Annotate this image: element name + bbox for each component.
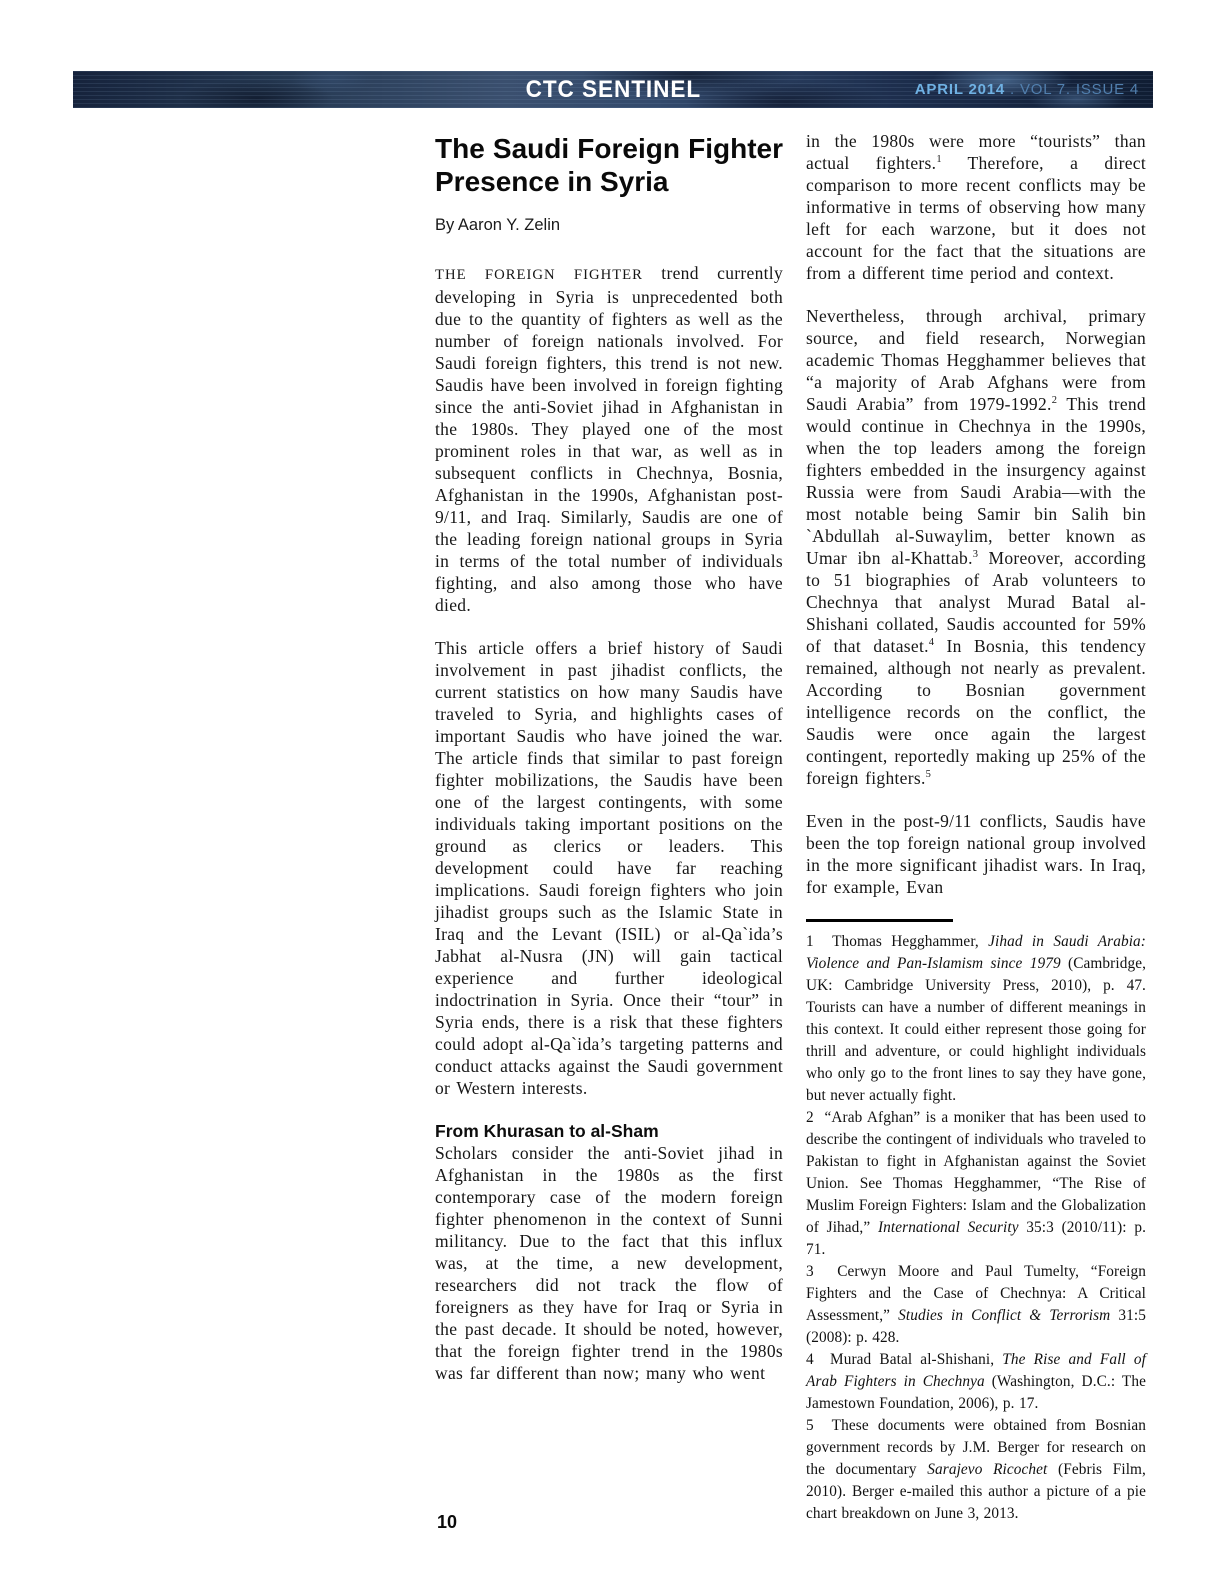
footnote: 4 Murad Batal al-Shishani, The Rise and …: [806, 1349, 1146, 1415]
footnote-divider: [806, 919, 953, 922]
lead-paragraph: THE FOREIGN FIGHTER trend currently deve…: [435, 262, 783, 616]
issue-info: APRIL 2014 . VOL 7. ISSUE 4: [915, 71, 1139, 108]
body-paragraph: Scholars consider the anti-Soviet jihad …: [435, 1142, 783, 1384]
column-right: in the 1980s were more “tourists” than a…: [806, 130, 1146, 1525]
byline: By Aaron Y. Zelin: [435, 216, 783, 235]
issue-date: APRIL 2014: [915, 81, 1005, 98]
footnote: 5 These documents were obtained from Bos…: [806, 1415, 1146, 1525]
issue-volume: . VOL 7. ISSUE 4: [1005, 81, 1139, 98]
section-heading: From Khurasan to al-Sham: [435, 1120, 783, 1142]
brand-title-text: CTC SENTINEL: [525, 76, 700, 104]
page-number: 10: [437, 1512, 457, 1533]
body-paragraph: This article offers a brief history of S…: [435, 637, 783, 1099]
column-left: The Saudi Foreign Fighter Presence in Sy…: [435, 132, 783, 1384]
journal-page: CTC SENTINEL APRIL 2014 . VOL 7. ISSUE 4…: [0, 0, 1224, 1584]
body-paragraph: Nevertheless, through archival, primary …: [806, 305, 1146, 789]
footnote: 3 Cerwyn Moore and Paul Tumelty, “Foreig…: [806, 1261, 1146, 1349]
footnote: 2 “Arab Afghan” is a moniker that has be…: [806, 1107, 1146, 1261]
masthead: CTC SENTINEL APRIL 2014 . VOL 7. ISSUE 4: [73, 71, 1153, 108]
article-title: The Saudi Foreign Fighter Presence in Sy…: [435, 132, 783, 198]
body-paragraph: in the 1980s were more “tourists” than a…: [806, 130, 1146, 284]
footnote: 1 Thomas Hegghammer, Jihad in Saudi Arab…: [806, 931, 1146, 1107]
body-paragraph: Even in the post-9/11 conflicts, Saudis …: [806, 810, 1146, 898]
